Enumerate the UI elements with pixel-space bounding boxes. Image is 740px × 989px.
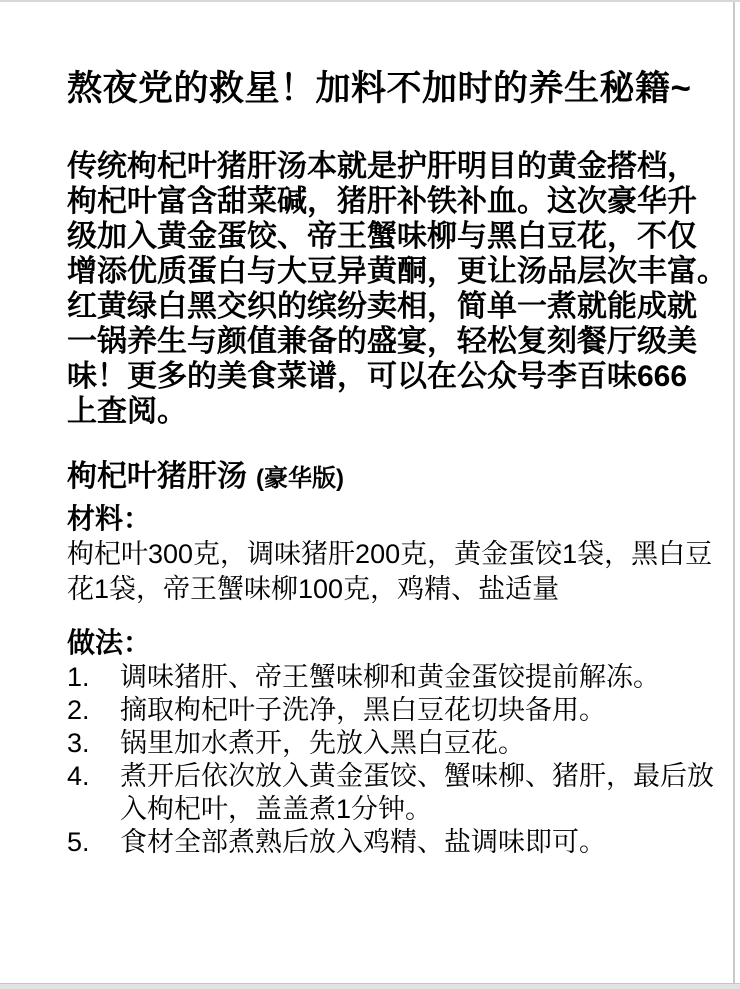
step-number: 2. bbox=[67, 694, 120, 727]
materials-label: 材料： bbox=[67, 501, 715, 537]
step-line: 调味猪肝、帝王蟹味柳和黄金蛋饺提前解冻。 bbox=[120, 662, 660, 692]
step-item: 1. 调味猪肝、帝王蟹味柳和黄金蛋饺提前解冻。 bbox=[67, 661, 715, 694]
intro-line: 红黄绿白黑交织的缤纷卖相，简单一煮就能成就 bbox=[67, 289, 715, 324]
step-item: 4. 煮开后依次放入黄金蛋饺、蟹味柳、猪肝，最后放 入枸杞叶，盖盖煮1分钟。 bbox=[67, 760, 715, 826]
step-number: 5. bbox=[67, 826, 120, 859]
intro-line: 上查阅。 bbox=[67, 394, 715, 429]
article-title: 熬夜党的救星！加料不加时的养生秘籍~ bbox=[67, 67, 715, 111]
step-text: 锅里加水煮开，先放入黑白豆花。 bbox=[120, 727, 715, 760]
step-line: 食材全部煮熟后放入鸡精、盐调味即可。 bbox=[120, 827, 606, 857]
step-text: 煮开后依次放入黄金蛋饺、蟹味柳、猪肝，最后放 入枸杞叶，盖盖煮1分钟。 bbox=[120, 760, 715, 826]
step-line: 入枸杞叶，盖盖煮1分钟。 bbox=[120, 793, 715, 826]
recipe-title: 枸杞叶猪肝汤(豪华版) bbox=[67, 458, 715, 498]
step-number: 3. bbox=[67, 727, 120, 760]
ingredients-line: 枸杞叶300克，调味猪肝200克，黄金蛋饺1袋，黑白豆 bbox=[67, 537, 715, 572]
intro-line: 增添优质蛋白与大豆异黄酮，更让汤品层次丰富。 bbox=[67, 254, 715, 289]
page-right-edge bbox=[733, 2, 735, 983]
step-text: 调味猪肝、帝王蟹味柳和黄金蛋饺提前解冻。 bbox=[120, 661, 715, 694]
intro-line: 级加入黄金蛋饺、帝王蟹味柳与黑白豆花，不仅 bbox=[67, 219, 715, 254]
intro-line: 枸杞叶富含甜菜碱，猪肝补铁补血。这次豪华升 bbox=[67, 184, 715, 219]
recipe-name: 枸杞叶猪肝汤 bbox=[67, 460, 247, 493]
ingredients-paragraph: 枸杞叶300克，调味猪肝200克，黄金蛋饺1袋，黑白豆 花1袋，帝王蟹味柳100… bbox=[67, 537, 715, 607]
page-bottom-edge bbox=[0, 983, 740, 989]
step-item: 3. 锅里加水煮开，先放入黑白豆花。 bbox=[67, 727, 715, 760]
step-number: 4. bbox=[67, 760, 120, 793]
steps-label: 做法： bbox=[67, 625, 715, 661]
step-item: 5. 食材全部煮熟后放入鸡精、盐调味即可。 bbox=[67, 826, 715, 859]
step-line: 锅里加水煮开，先放入黑白豆花。 bbox=[120, 728, 525, 758]
step-line: 煮开后依次放入黄金蛋饺、蟹味柳、猪肝，最后放 bbox=[120, 760, 715, 793]
page-content: 熬夜党的救星！加料不加时的养生秘籍~ 传统枸杞叶猪肝汤本就是护肝明目的黄金搭档，… bbox=[67, 0, 715, 859]
ingredients-line: 花1袋，帝王蟹味柳100克，鸡精、盐适量 bbox=[67, 572, 715, 607]
steps-list: 1. 调味猪肝、帝王蟹味柳和黄金蛋饺提前解冻。 2. 摘取枸杞叶子洗净，黑白豆花… bbox=[67, 661, 715, 859]
intro-paragraph: 传统枸杞叶猪肝汤本就是护肝明目的黄金搭档， 枸杞叶富含甜菜碱，猪肝补铁补血。这次… bbox=[67, 149, 715, 429]
step-text: 摘取枸杞叶子洗净，黑白豆花切块备用。 bbox=[120, 694, 715, 727]
intro-line: 一锅养生与颜值兼备的盛宴，轻松复刻餐厅级美 bbox=[67, 324, 715, 359]
step-line: 摘取枸杞叶子洗净，黑白豆花切块备用。 bbox=[120, 695, 606, 725]
intro-line: 传统枸杞叶猪肝汤本就是护肝明目的黄金搭档， bbox=[67, 149, 715, 184]
step-item: 2. 摘取枸杞叶子洗净，黑白豆花切块备用。 bbox=[67, 694, 715, 727]
document-page: 熬夜党的救星！加料不加时的养生秘籍~ 传统枸杞叶猪肝汤本就是护肝明目的黄金搭档，… bbox=[0, 0, 740, 989]
step-number: 1. bbox=[67, 661, 120, 694]
recipe-variant: (豪华版) bbox=[256, 465, 344, 492]
intro-line: 味！更多的美食菜谱，可以在公众号李百味666 bbox=[67, 359, 715, 394]
step-text: 食材全部煮熟后放入鸡精、盐调味即可。 bbox=[120, 826, 715, 859]
